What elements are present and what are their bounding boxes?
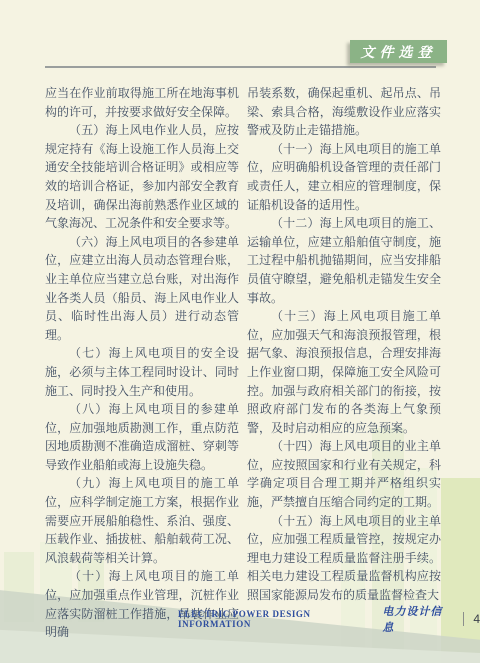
paragraph: （五）海上风电作业人员，应按规定持有《海上设施工作人员海上交通安全技能培训合格证… xyxy=(45,121,239,233)
paragraph: （十二）海上风电项目的施工、运输单位，应建立船舶值守制度，施工过程中船机抛锚期间… xyxy=(247,214,441,307)
paragraph: （十三）海上风电项目施工单位，应加强天气和海浪预报管理，根据气象、海浪预报信息，… xyxy=(247,307,441,437)
paragraph: （八）海上风电项目的参建单位，应加强地质勘测工作，重点防范因地质勘测不准确造成溜… xyxy=(45,400,239,474)
paragraph: （十五）海上风电项目的业主单位，应加强工程质量管控，按规定办理电力建设工程质量监… xyxy=(247,512,441,605)
paragraph: （七）海上风电项目的安全设施，必须与主体工程同时设计、同时施工、同时投入生产和使… xyxy=(45,344,239,400)
paragraph: （十）海上风电项目的施工单位，应加强重点作业管理，沉桩作业应落实防溜桩工作措施，… xyxy=(45,567,239,641)
section-tag: 文件选登 xyxy=(350,40,447,63)
magazine-page: 文件选登 应当在作业前取得施工所在地海事机构的许可，并按要求做好安全保障。（五）… xyxy=(0,0,480,663)
header-rule xyxy=(45,66,436,68)
paragraph: （十一）海上风电项目的施工单位，应明确船机设备管理的责任部门或责任人，建立相应的… xyxy=(247,140,441,214)
paragraph: （九）海上风电项目的施工单位，应科学制定施工方案，根据作业需要应开展船舶稳性、系… xyxy=(45,474,239,567)
paragraph: 吊装系数，确保起重机、起吊点、吊梁、索具合格，海缆敷设作业应落实警戒及防止走锚措… xyxy=(247,84,441,140)
journal-name-chinese: 电力设计信息 xyxy=(382,603,445,635)
footer-divider xyxy=(463,612,464,626)
journal-name-english: ELECTRIC POWER DESIGN INFORMATION xyxy=(178,609,360,629)
paragraph: 应当在作业前取得施工所在地海事机构的许可，并按要求做好安全保障。 xyxy=(45,84,239,121)
paragraph: （六）海上风电项目的各参建单位，应建立出海人员动态管理台账，业主单位应当建立总台… xyxy=(45,233,239,345)
page-number: 4 xyxy=(473,612,480,626)
page-footer: ELECTRIC POWER DESIGN INFORMATION 电力设计信息… xyxy=(178,610,480,628)
left-column: 应当在作业前取得施工所在地海事机构的许可，并按要求做好安全保障。（五）海上风电作… xyxy=(45,84,239,642)
building-silhouette xyxy=(441,478,480,663)
paragraph: （十四）海上风电项目的业主单位，应按照国家和行业有关规定，科学确定项目合理工期并… xyxy=(247,437,441,511)
right-column: 吊装系数，确保起重机、起吊点、吊梁、索具合格，海缆敷设作业应落实警戒及防止走锚措… xyxy=(247,84,441,605)
